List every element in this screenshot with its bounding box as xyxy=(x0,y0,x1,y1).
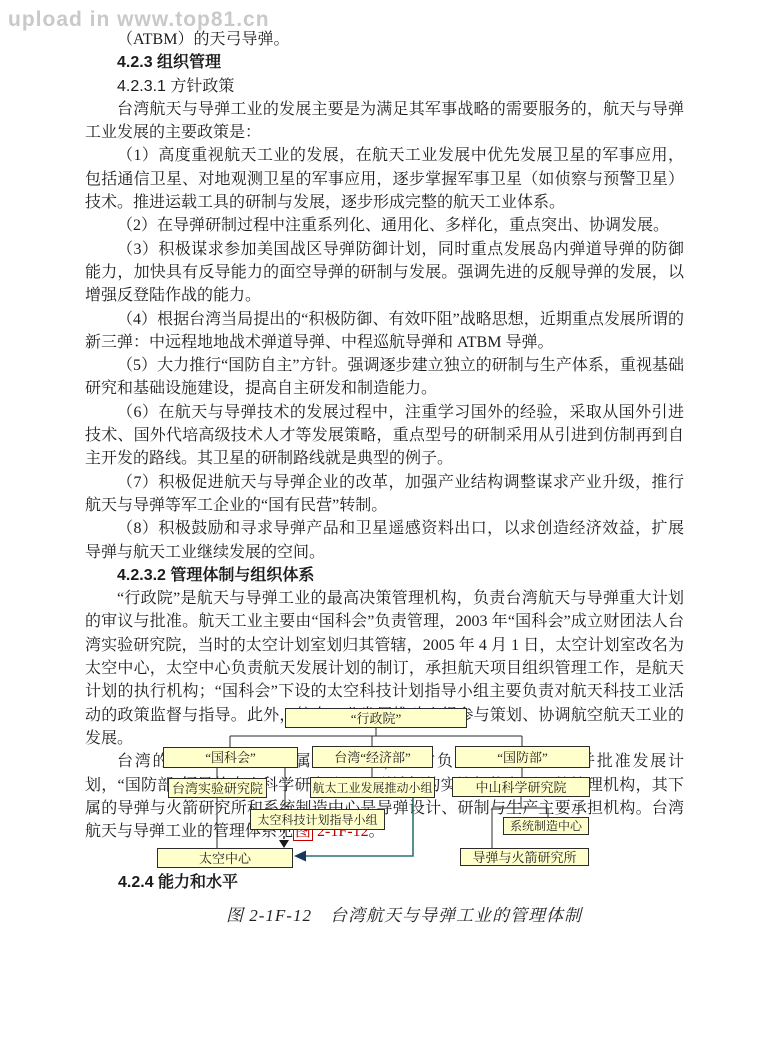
left-arrowhead-icon xyxy=(294,851,306,862)
paragraph-policy-5: （5）大力推行“国防自主”方针。强调逐步建立独立的研制与生产体系，重视基础研究和… xyxy=(85,354,684,401)
heading-4-2-3-1: 4.2.3.1 方针政策 xyxy=(85,75,684,98)
paragraph-policy-2: （2）在导弹研制过程中注重系列化、通用化、多样化，重点突出、协调发展。 xyxy=(85,214,684,237)
paragraph-policy-8: （8）积极鼓励和寻求导弹产品和卫星遥感资料出口，以求创造经济效益，扩展导弹与航天… xyxy=(85,517,684,564)
node-executive-yuan: “行政院” xyxy=(285,708,467,728)
heading-4-2-4: 4.2.4 能力和水平 xyxy=(118,869,238,892)
carryover-line: （ATBM）的天弓导弹。 xyxy=(85,28,684,51)
node-ministry-economic-affairs: 台湾“经济部” xyxy=(312,746,433,768)
paragraph-policy-7: （7）积极促进航天与导弹企业的改革，加强产业结构调整谋求产业升级，推行航天与导弹… xyxy=(85,471,684,518)
node-national-science-council: “国科会” xyxy=(163,747,298,768)
paragraph-policy-1: （1）高度重视航天工业的发展，在航天工业发展中优先发展卫星的军事应用，包括通信卫… xyxy=(85,144,684,214)
paragraph-intro: 台湾航天与导弹工业的发展主要是为满足其军事战略的需要服务的，航天与导弹工业发展的… xyxy=(85,98,684,145)
node-chungshan-institute: 中山科学研究院 xyxy=(452,777,590,797)
org-chart: “行政院” “国科会” 台湾“经济部” “国防部” 台湾实验研究院 航太工业发展… xyxy=(150,703,600,873)
node-missile-rocket-institute: 导弹与火箭研究所 xyxy=(460,848,589,866)
document-page: upload in www.top81.cn （ATBM）的天弓导弹。 4.2.… xyxy=(0,0,769,1050)
figure-caption: 图 2-1F-12 台湾航天与导弹工业的管理体制 xyxy=(104,901,704,926)
node-taiwan-research-institute: 台湾实验研究院 xyxy=(168,778,267,798)
paragraph-policy-3: （3）积极谋求参加美国战区导弹防御计划，同时重点发展岛内弹道导弹的防御能力，加快… xyxy=(85,238,684,308)
node-space-center: 太空中心 xyxy=(157,848,293,868)
heading-4-2-3: 4.2.3 组织管理 xyxy=(85,51,684,74)
node-space-tech-steering-group: 太空科技计划指导小组 xyxy=(250,809,385,830)
heading-4-2-3-2: 4.2.3.2 管理体制与组织体系 xyxy=(85,564,684,587)
down-arrowhead-icon xyxy=(279,840,289,848)
node-systems-manufacturing-center: 系统制造中心 xyxy=(503,817,589,835)
node-ministry-national-defense: “国防部” xyxy=(455,746,590,768)
node-aerospace-promotion-group: 航太工业发展推动小组 xyxy=(310,777,435,798)
paragraph-policy-4: （4）根据台湾当局提出的“积极防御、有效吓阻”战略思想，近期重点发展所谓的新三弹… xyxy=(85,308,684,355)
paragraph-policy-6: （6）在航天与导弹技术的发展过程中，注重学习国外的经验，采取从国外引进技术、国外… xyxy=(85,401,684,471)
